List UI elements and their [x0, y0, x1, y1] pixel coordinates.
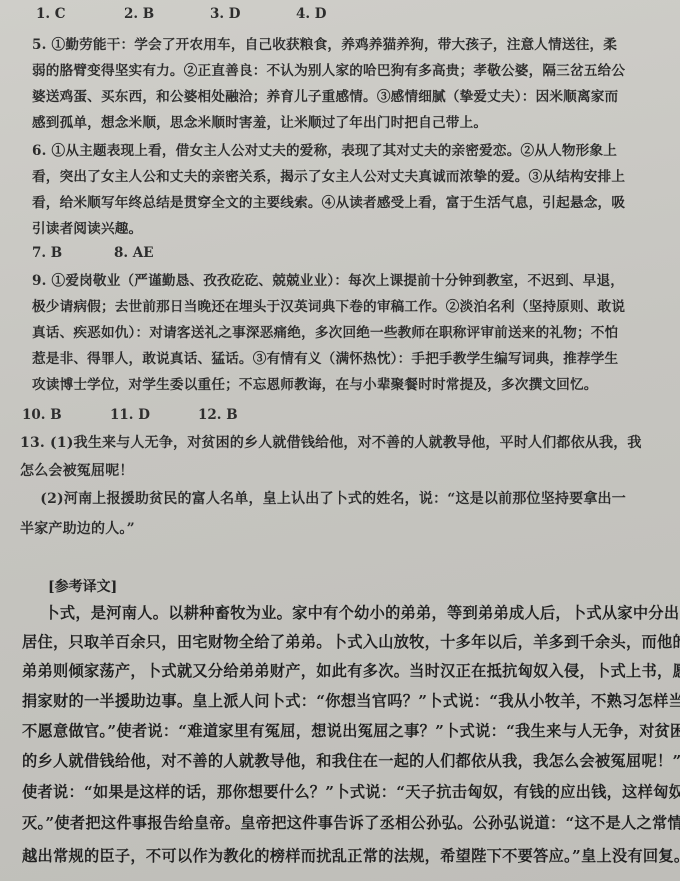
answer-1: 1. C — [36, 6, 66, 22]
q13-line-1: 13. (1)我生来与人无争，对贫困的乡人就借钱给他，对不善的人就教导他，平时人… — [20, 434, 668, 452]
translation-line-8: 灭。”使者把这件事报告给皇帝。皇帝把这件事告诉了丞相公孙弘。公孙弘说道：“这不是… — [22, 813, 672, 833]
q13-line-3: (2)河南上报援助贫民的富人名单，皇上认出了卜式的姓名，说：“这是以前那位坚持要… — [20, 490, 668, 508]
answer-8: 8. AE — [114, 245, 154, 261]
q5-line-3: 婆送鸡蛋、买东西，和公婆相处融洽；养育儿子重感情。③感情细腻（挚爱丈夫）：因米顺… — [32, 88, 668, 106]
translation-heading: [参考译文] — [48, 576, 117, 596]
q6-line-1: 6. ①从主题表现上看，借女主人公对丈夫的爱称，表现了其对丈夫的亲密爱恋。②从人… — [32, 142, 668, 160]
q6-line-2: 看，突出了女主人公和丈夫的亲密关系，揭示了女主人公对丈夫真诚而浓挚的爱。③从结构… — [32, 168, 668, 186]
answer-11: 11. D — [110, 407, 150, 423]
translation-line-4: 捐家财的一半援助边事。皇上派人问卜式：“你想当官吗？”卜式说：“我从小牧羊，不熟… — [22, 691, 672, 711]
translation-line-5: 不愿意做官。”使者说：“难道家里有冤屈，想说出冤屈之事？”卜式说：“我生来与人无… — [22, 721, 672, 741]
q9-line-5: 攻读博士学位，对学生委以重任；不忘恩师教诲，在与小辈聚餐时时常提及，多次撰文回忆… — [32, 376, 668, 394]
translation-line-9: 越出常规的臣子，不可以作为教化的榜样而扰乱正常的法规，希望陛下不要答应。”皇上没… — [22, 846, 672, 866]
translation-line-7: 使者说：“如果是这样的话，那你想要什么？”卜式说：“天子抗击匈奴，有钱的应出钱，… — [22, 782, 672, 802]
answer-7: 7. B — [32, 245, 62, 261]
q9-line-3: 真话、疾恶如仇）：对请客送礼之事深恶痛绝，多次回绝一些教师在职称评审前送来的礼物… — [32, 324, 668, 342]
answer-12: 12. B — [198, 407, 238, 423]
translation-line-2: 居住，只取羊百余只，田宅财物全给了弟弟。卜式入山放牧，十多年以后，羊多到千余头，… — [22, 632, 672, 652]
q13-line-2: 怎么会被冤屈呢！ — [20, 462, 668, 480]
q5-line-4: 感到孤单，想念米顺，思念米顺时害羞，让米顺过了年出门时把自己带上。 — [32, 114, 668, 132]
translation-line-1: 卜式，是河南人。以耕种畜牧为业。家中有个幼小的弟弟，等到弟弟成人后，卜式从家中分… — [22, 603, 672, 623]
q13-line-4: 半家产助边的人。” — [20, 520, 668, 538]
q6-line-3: 看，给米顺写年终总结是贯穿全文的主要线索。④从读者感受上看，富于生活气息，引起悬… — [32, 194, 668, 212]
answer-10: 10. B — [22, 407, 62, 423]
q9-line-4: 惹是非、得罪人，敢说真话、猛话。③有情有义（满怀热忱）：手把手教学生编写词典，推… — [32, 350, 668, 368]
translation-line-3: 弟弟则倾家荡产，卜式就又分给弟弟财产，如此有多次。当时汉正在抵抗匈奴入侵，卜式上… — [22, 661, 672, 681]
q6-line-4: 引读者阅读兴趣。 — [32, 220, 668, 238]
answer-key-page: 1. C 2. B 3. D 4. D 5. ①勤劳能干：学会了开农用车，自己收… — [0, 0, 680, 881]
q5-line-2: 弱的胳臂变得坚实有力。②正直善良：不认为别人家的哈巴狗有多高贵；孝敬公婆，隔三岔… — [32, 62, 668, 80]
answer-2: 2. B — [124, 6, 154, 22]
q9-line-1: 9. ①爱岗敬业（严谨勤恳、孜孜矻矻、兢兢业业）：每次上课提前十分钟到教室，不迟… — [32, 272, 668, 290]
q5-line-1: 5. ①勤劳能干：学会了开农用车，自己收获粮食，养鸡养猫养狗，带大孩子，注意人情… — [32, 36, 668, 54]
answer-3: 3. D — [210, 6, 241, 22]
answer-4: 4. D — [296, 6, 327, 22]
q9-line-2: 极少请病假；去世前那日当晚还在埋头于汉英词典下卷的审稿工作。②淡泊名利（坚持原则… — [32, 298, 668, 316]
translation-line-6: 的乡人就借钱给他，对不善的人就教导他，和我住在一起的人们都依从我，我怎么会被冤屈… — [22, 751, 672, 771]
